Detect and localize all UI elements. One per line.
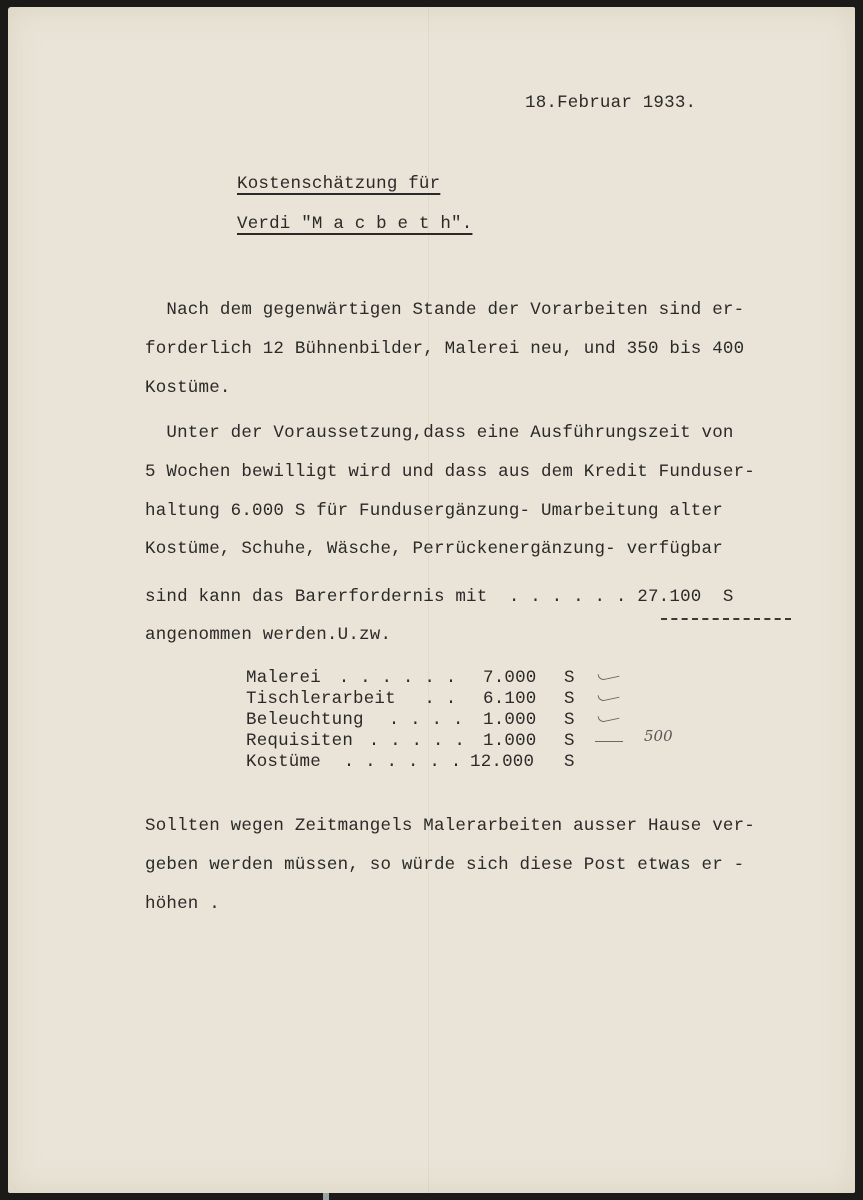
paragraph2-line2: 5 Wochen bewilligt wird und dass aus dem…: [145, 462, 755, 482]
cost-row-dots: . .: [403, 689, 467, 709]
cost-row-label: Requisiten: [246, 731, 353, 751]
paragraph3-line2: geben werden müssen, so würde sich diese…: [145, 855, 744, 875]
cost-row-dots: . . . .: [378, 710, 474, 730]
paragraph1-line1: Nach dem gegenwärtigen Stande der Vorarb…: [145, 300, 744, 320]
handwritten-note: 500: [644, 727, 673, 745]
paragraph2-line1: Unter der Voraussetzung,dass eine Ausfüh…: [145, 423, 734, 443]
handwritten-check-icon: [598, 691, 620, 702]
handwritten-dash-icon: [595, 741, 623, 742]
cost-row-currency: S: [564, 710, 575, 730]
paragraph3-line1: Sollten wegen Zeitmangels Malerarbeiten …: [145, 816, 755, 836]
total-double-underline: [661, 618, 791, 623]
paragraph1-line3: Kostüme.: [145, 378, 231, 398]
document-title-line1: Kostenschätzung für: [237, 174, 440, 194]
cost-row-currency: S: [564, 689, 575, 709]
paragraph3-line3: höhen .: [145, 894, 220, 914]
paragraph2-line4: Kostüme, Schuhe, Wäsche, Perrückenergänz…: [145, 539, 723, 559]
cost-row-dots: . . . . .: [358, 731, 476, 751]
cost-row-amount: 1.000: [483, 710, 537, 730]
cost-row-label: Malerei: [246, 668, 321, 688]
paragraph1-line2: forderlich 12 Bühnenbilder, Malerei neu,…: [145, 339, 744, 359]
handwritten-check-icon: [598, 670, 620, 681]
document-title-line2: Verdi "M a c b e t h".: [237, 214, 472, 234]
cost-row-amount: 6.100: [483, 689, 537, 709]
document-page: 18.Februar 1933. Kostenschätzung für Ver…: [8, 7, 855, 1193]
cost-row-currency: S: [564, 668, 575, 688]
paragraph2-line3: haltung 6.000 S für Fundusergänzung- Uma…: [145, 501, 723, 521]
cost-row-currency: S: [564, 731, 575, 751]
cost-row-dots: . . . . . .: [333, 752, 461, 772]
paragraph2-line5: sind kann das Barerfordernis mit . . . .…: [145, 587, 734, 607]
cost-row-amount: 12.000: [470, 752, 534, 772]
document-date: 18.Februar 1933.: [525, 93, 696, 113]
cost-row-amount: 1.000: [483, 731, 537, 751]
cost-row-label: Beleuchtung: [246, 710, 364, 730]
binder-clip-icon: [323, 1193, 329, 1200]
cost-row-dots: . . . . . .: [328, 668, 467, 688]
cost-row-currency: S: [564, 752, 575, 772]
cost-row-label: Tischlerarbeit: [246, 689, 396, 709]
paragraph2-line6: angenommen werden.U.zw.: [145, 625, 391, 645]
cost-row-amount: 7.000: [483, 668, 537, 688]
cost-row-label: Kostüme: [246, 752, 321, 772]
handwritten-check-icon: [598, 712, 620, 723]
